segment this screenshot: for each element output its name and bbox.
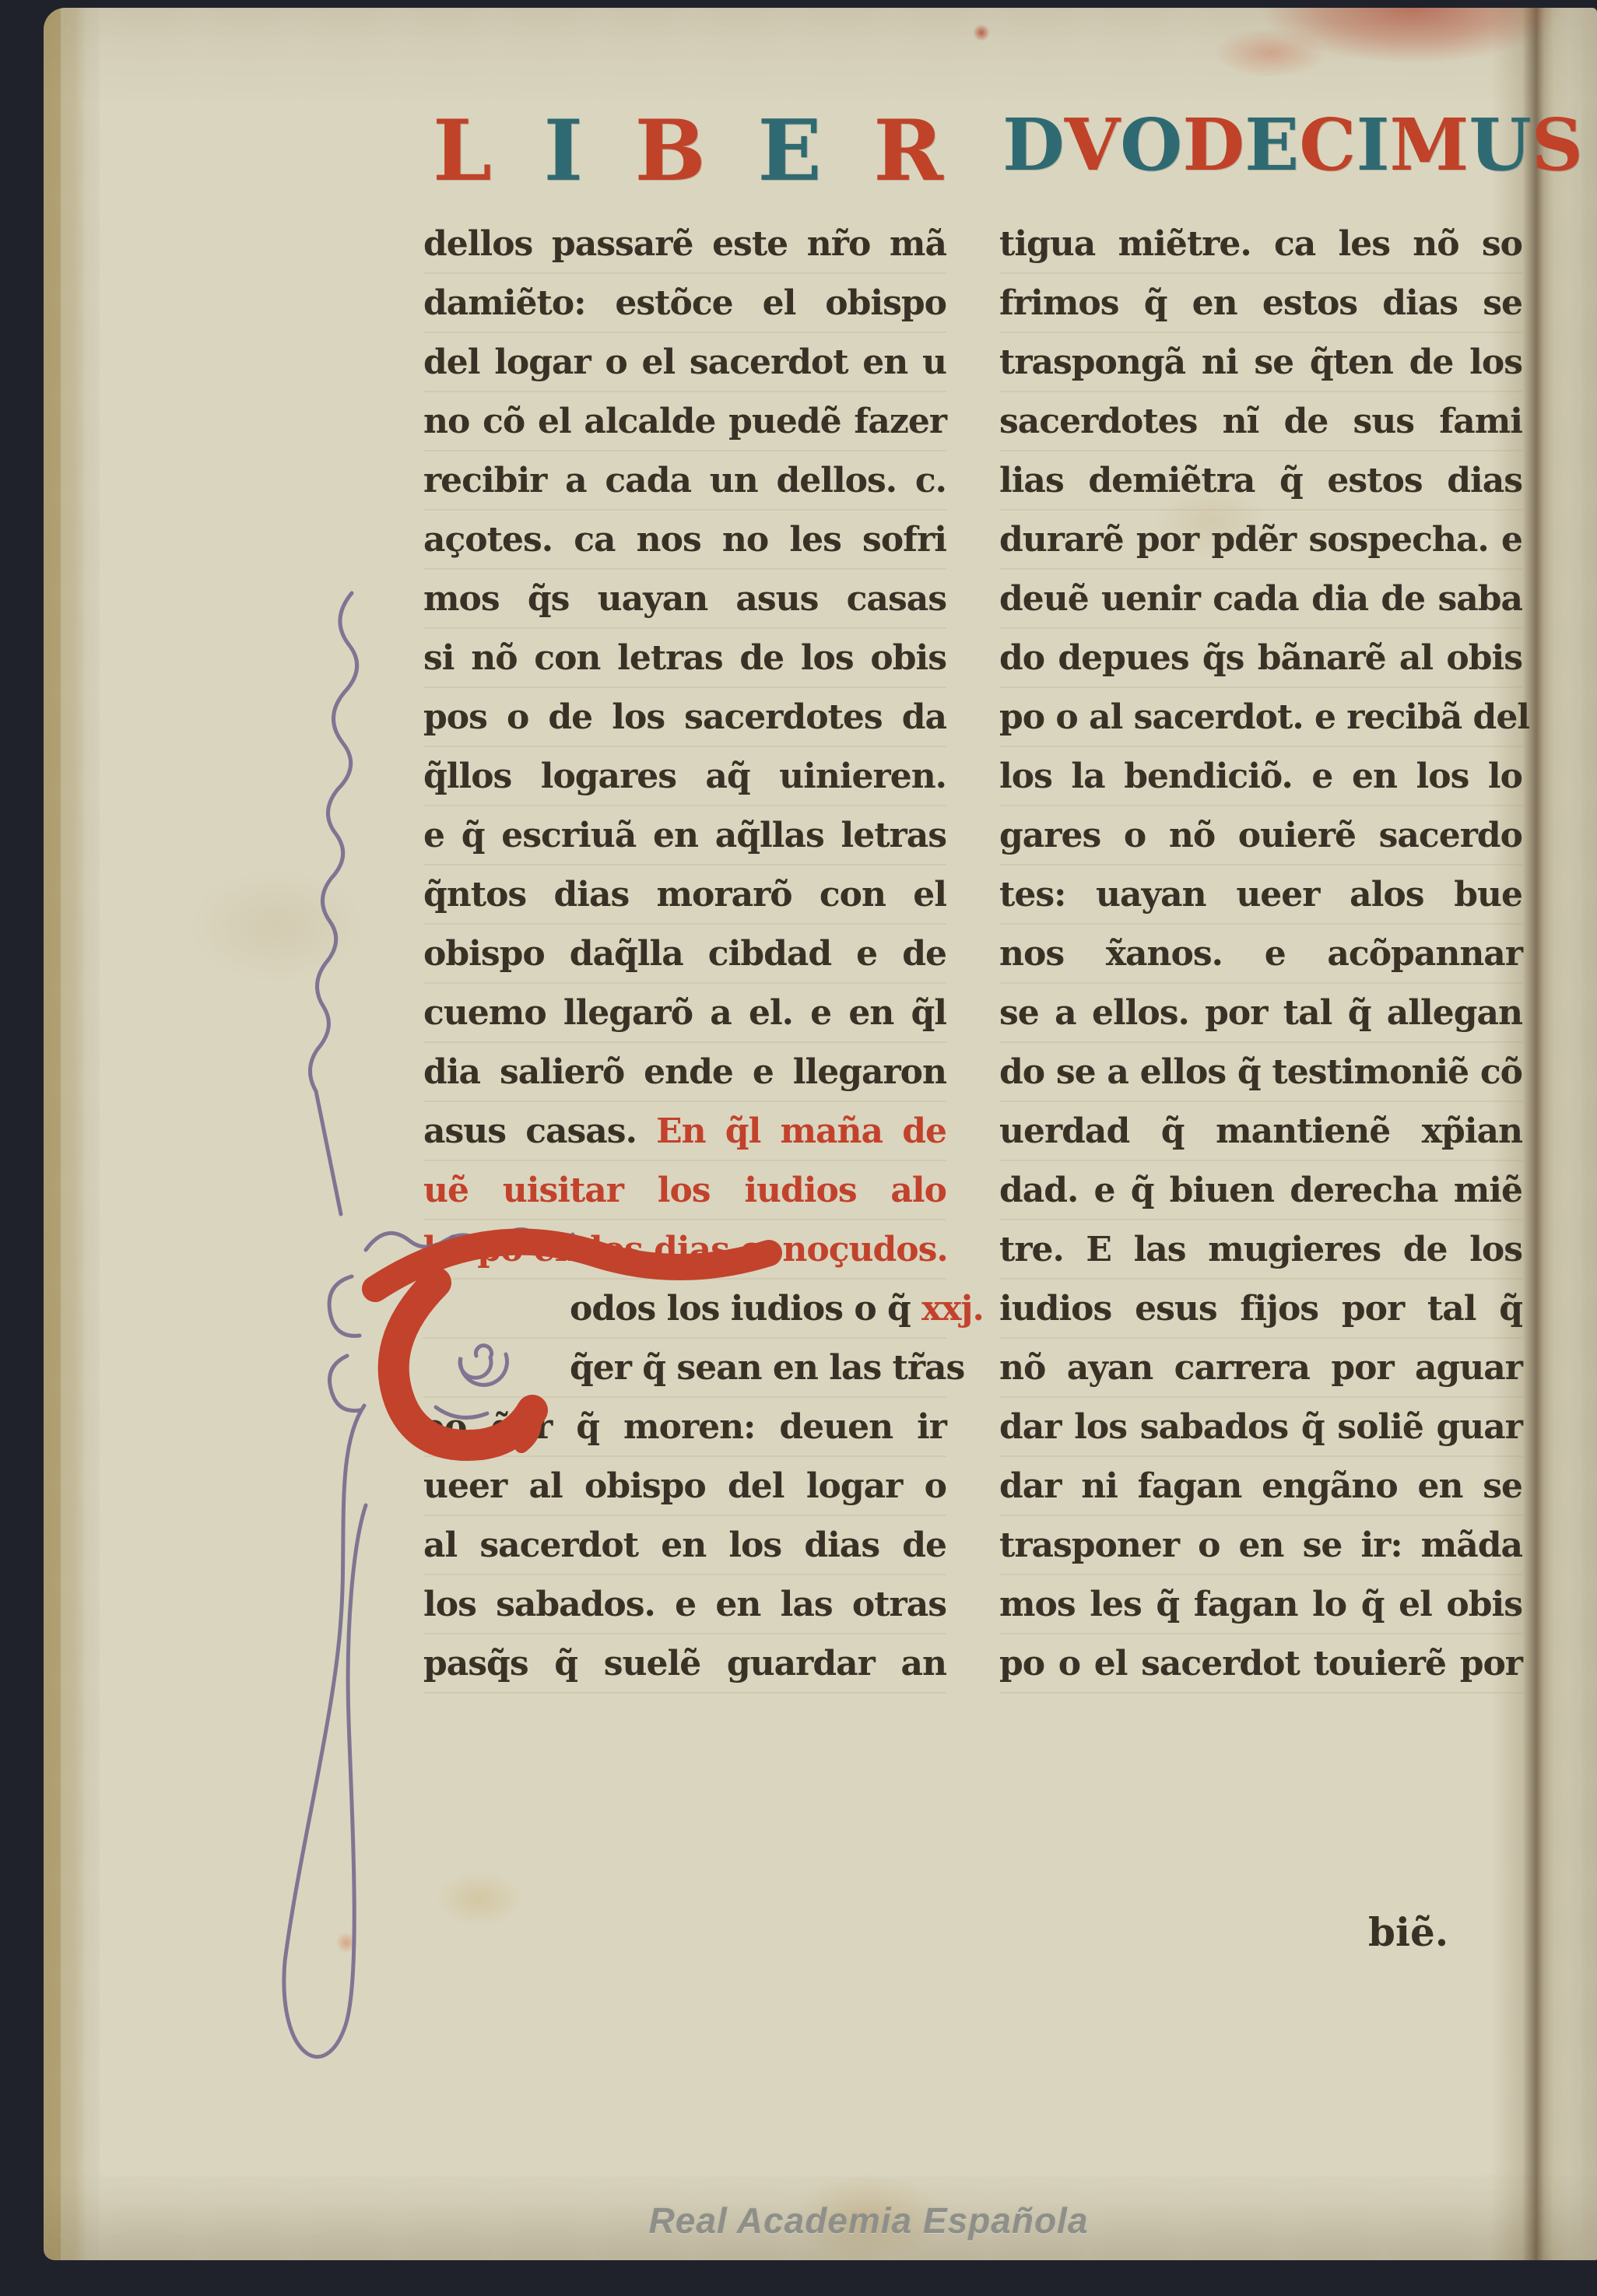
manuscript-line: se a ellos. por tal q̃ allegan: [999, 984, 1522, 1043]
ornamental-capital: D: [1002, 107, 1065, 183]
body-text: nõ ayan carrera por aguar: [999, 1348, 1522, 1388]
body-text: al sacerdot en los dias de: [423, 1525, 946, 1565]
body-text: asus casas.: [423, 1111, 656, 1151]
manuscript-line: los la bendiciõ. e en los lo: [999, 747, 1522, 806]
manuscript-line: açotes. ca nos no les sofri: [423, 511, 946, 570]
manuscript-line: si nõ con letras de los obis: [423, 629, 946, 688]
manuscript-line: nõ ayan carrera por aguar: [999, 1339, 1522, 1398]
manuscript-line: pasq̃s q̃ suelẽ guardar an: [423, 1634, 946, 1694]
running-title-right: DVODECIMUS: [1002, 107, 1539, 207]
body-text: do se a ellos q̃ testimoniẽ cõ: [999, 1052, 1522, 1092]
body-text: mos q̃s uayan asus casas: [423, 579, 946, 619]
body-text: do depues q̃s bãnarẽ al obis: [999, 638, 1522, 678]
body-text: mos les q̃ fagan lo q̃ el obis: [999, 1585, 1522, 1624]
manuscript-line: dar los sabados q̃ soliẽ guar: [999, 1398, 1522, 1457]
ornamental-capital: V: [1065, 107, 1120, 183]
ornamental-capital: E: [757, 107, 821, 195]
manuscript-line: dar ni fagan engãno en se: [999, 1457, 1522, 1516]
manuscript-line: q̃er q̃ sean en las tr̃as: [423, 1339, 946, 1398]
body-text: tigua miẽtre. ca les nõ so: [999, 224, 1522, 264]
ornamental-capital: B: [635, 107, 706, 195]
running-title-left: LIBER: [433, 107, 943, 207]
body-text: durarẽ por pdẽr sospecha. e: [999, 520, 1522, 560]
body-text: q̃er q̃ sean en las tr̃as: [570, 1348, 964, 1388]
body-text: si nõ con letras de los obis: [423, 638, 946, 678]
manuscript-line: traspongã ni se q̃ten de los: [999, 333, 1522, 392]
ornamental-capital: S: [1532, 107, 1583, 183]
body-text: açotes. ca nos no les sofri: [423, 520, 946, 560]
manuscript-line: tre. E las mugieres de los: [999, 1220, 1522, 1280]
manuscript-line: q̃ntos dias morarõ con el: [423, 865, 946, 925]
manuscript-line: tes: uayan ueer alos bue: [999, 865, 1522, 925]
body-text: pasq̃s q̃ suelẽ guardar an: [423, 1644, 946, 1683]
body-text: cuemo llegarõ a el. e en q̃l: [423, 993, 946, 1033]
ornamental-capital: R: [873, 107, 943, 195]
body-text: odos los iudios o q̃: [570, 1289, 921, 1329]
manuscript-line: tigua miẽtre. ca les nõ so: [999, 215, 1522, 274]
rubric-text: xxj.: [921, 1289, 984, 1329]
rubric-text: uẽ uisitar los iudios alo: [423, 1171, 946, 1210]
body-text: trasponer o en se ir: mãda: [999, 1525, 1522, 1565]
manuscript-line: iudios esus fijos por tal q̃: [999, 1280, 1522, 1339]
manuscript-line: asus casas. En q̃l maña de: [423, 1102, 946, 1161]
body-text: tre. E las mugieres de los: [999, 1230, 1522, 1269]
manuscript-line: al sacerdot en los dias de: [423, 1516, 946, 1575]
body-text: dia salierõ ende e llegaron: [423, 1052, 946, 1092]
body-text: no cõ el alcalde puedẽ fazer: [423, 402, 946, 441]
manuscript-line: obispo daq̃lla cibdad e de: [423, 925, 946, 984]
manuscript-line: nos x̃anos. e acõpannar: [999, 925, 1522, 984]
body-text: nos x̃anos. e acõpannar: [999, 934, 1522, 974]
library-watermark: Real Academia Española: [588, 2201, 1149, 2241]
body-text: dar los sabados q̃ soliẽ guar: [999, 1407, 1522, 1447]
body-text: frimos q̃ en estos dias se: [999, 283, 1522, 323]
manuscript-line: mos les q̃ fagan lo q̃ el obis: [999, 1575, 1522, 1634]
body-text: tes: uayan ueer alos bue: [999, 875, 1522, 915]
manuscript-line: pos o de los sacerdotes da: [423, 688, 946, 747]
text-column-left: dellos passarẽ este nr̃o mãdamiẽto: estõ…: [423, 215, 946, 1694]
manuscript-line: no cõ el alcalde puedẽ fazer: [423, 392, 946, 451]
manuscript-line: q̃llos logares aq̃ uinieren.: [423, 747, 946, 806]
body-text: e q̃ escriuã en aq̃llas letras: [423, 816, 946, 855]
manuscript-line: do se a ellos q̃ testimoniẽ cõ: [999, 1043, 1522, 1102]
body-text: q̃ntos dias morarõ con el: [423, 875, 946, 915]
manuscript-line: eo q̃er q̃ moren: deuen ir: [423, 1398, 946, 1457]
manuscript-line: deuẽ uenir cada dia de saba: [999, 570, 1522, 629]
manuscript-line: lias demiẽtra q̃ estos dias: [999, 451, 1522, 511]
manuscript-line: mos q̃s uayan asus casas: [423, 570, 946, 629]
manuscript-line: sacerdotes nĩ de sus fami: [999, 392, 1522, 451]
manuscript-line: dad. e q̃ biuen derecha miẽ: [999, 1161, 1522, 1220]
body-text: los la bendiciõ. e en los lo: [999, 757, 1522, 796]
ornamental-capital: O: [1120, 107, 1182, 183]
rubric-text: En q̃l maña de: [656, 1111, 946, 1151]
text-column-right: tigua miẽtre. ca les nõ sofrimos q̃ en e…: [999, 215, 1522, 1694]
manuscript-line: trasponer o en se ir: mãda: [999, 1516, 1522, 1575]
body-text: los sabados. e en las otras: [423, 1585, 946, 1624]
body-text: dellos passarẽ este nr̃o mã: [423, 224, 946, 264]
body-text: dad. e q̃ biuen derecha miẽ: [999, 1171, 1522, 1210]
catchword: biẽ.: [1368, 1913, 1448, 1952]
body-text: po o al sacerdot. e recibã del: [999, 697, 1529, 737]
manuscript-line: ueer al obispo del logar o: [423, 1457, 946, 1516]
body-text: po o el sacerdot touierẽ por: [999, 1644, 1522, 1683]
manuscript-line: frimos q̃ en estos dias se: [999, 274, 1522, 333]
body-text: damiẽto: estõce el obispo: [423, 283, 946, 323]
manuscript-line: dellos passarẽ este nr̃o mã: [423, 215, 946, 274]
manuscript-line: gares o nõ ouierẽ sacerdo: [999, 806, 1522, 865]
body-text: traspongã ni se q̃ten de los: [999, 342, 1522, 382]
manuscript-line: bispo en los dias conoçudos.: [423, 1220, 946, 1280]
body-text: uerdad q̃ mantienẽ xp̃ian: [999, 1111, 1522, 1151]
manuscript-line: dia salierõ ende e llegaron: [423, 1043, 946, 1102]
body-text: dar ni fagan engãno en se: [999, 1466, 1522, 1506]
manuscript-line: los sabados. e en las otras: [423, 1575, 946, 1634]
body-text: recibir a cada un dellos. c.: [423, 461, 946, 500]
manuscript-line: uerdad q̃ mantienẽ xp̃ian: [999, 1102, 1522, 1161]
ornamental-capital: L: [433, 107, 492, 195]
manuscript-line: po o al sacerdot. e recibã del: [999, 688, 1522, 747]
body-text: q̃llos logares aq̃ uinieren.: [423, 757, 946, 796]
rubric-text: bispo en los dias conoçudos.: [423, 1230, 948, 1269]
manuscript-line: uẽ uisitar los iudios alo: [423, 1161, 946, 1220]
manuscript-line: odos los iudios o q̃ xxj.: [423, 1280, 946, 1339]
manuscript-line: durarẽ por pdẽr sospecha. e: [999, 511, 1522, 570]
body-text: eo q̃er q̃ moren: deuen ir: [423, 1407, 946, 1447]
body-text: obispo daq̃lla cibdad e de: [423, 934, 946, 974]
manuscript-line: cuemo llegarõ a el. e en q̃l: [423, 984, 946, 1043]
body-text: lias demiẽtra q̃ estos dias: [999, 461, 1522, 500]
body-text: se a ellos. por tal q̃ allegan: [999, 993, 1522, 1033]
body-text: gares o nõ ouierẽ sacerdo: [999, 816, 1522, 855]
ornamental-capital: E: [1244, 107, 1299, 183]
ornamental-capital: C: [1299, 107, 1356, 183]
ornamental-capital: M: [1390, 107, 1469, 183]
manuscript-line: recibir a cada un dellos. c.: [423, 451, 946, 511]
body-text: deuẽ uenir cada dia de saba: [999, 579, 1522, 619]
ornamental-capital: I: [1356, 107, 1389, 183]
ornamental-capital: U: [1469, 107, 1531, 183]
body-text: iudios esus fijos por tal q̃: [999, 1289, 1522, 1329]
ornamental-capital: D: [1182, 107, 1244, 183]
body-text: ueer al obispo del logar o: [423, 1466, 946, 1506]
body-text: sacerdotes nĩ de sus fami: [999, 402, 1522, 441]
manuscript-line: do depues q̃s bãnarẽ al obis: [999, 629, 1522, 688]
body-text: pos o de los sacerdotes da: [423, 697, 946, 737]
manuscript-photo: { "page": { "description": "Medieval par…: [0, 0, 1597, 2296]
parchment-page: LIBER DVODECIMUS dellos passarẽ este nr̃…: [44, 8, 1597, 2260]
manuscript-line: damiẽto: estõce el obispo: [423, 274, 946, 333]
body-text: del logar o el sacerdot en u: [423, 342, 946, 382]
manuscript-line: e q̃ escriuã en aq̃llas letras: [423, 806, 946, 865]
manuscript-line: del logar o el sacerdot en u: [423, 333, 946, 392]
manuscript-line: po o el sacerdot touierẽ por: [999, 1634, 1522, 1694]
ornamental-capital: I: [543, 107, 583, 195]
